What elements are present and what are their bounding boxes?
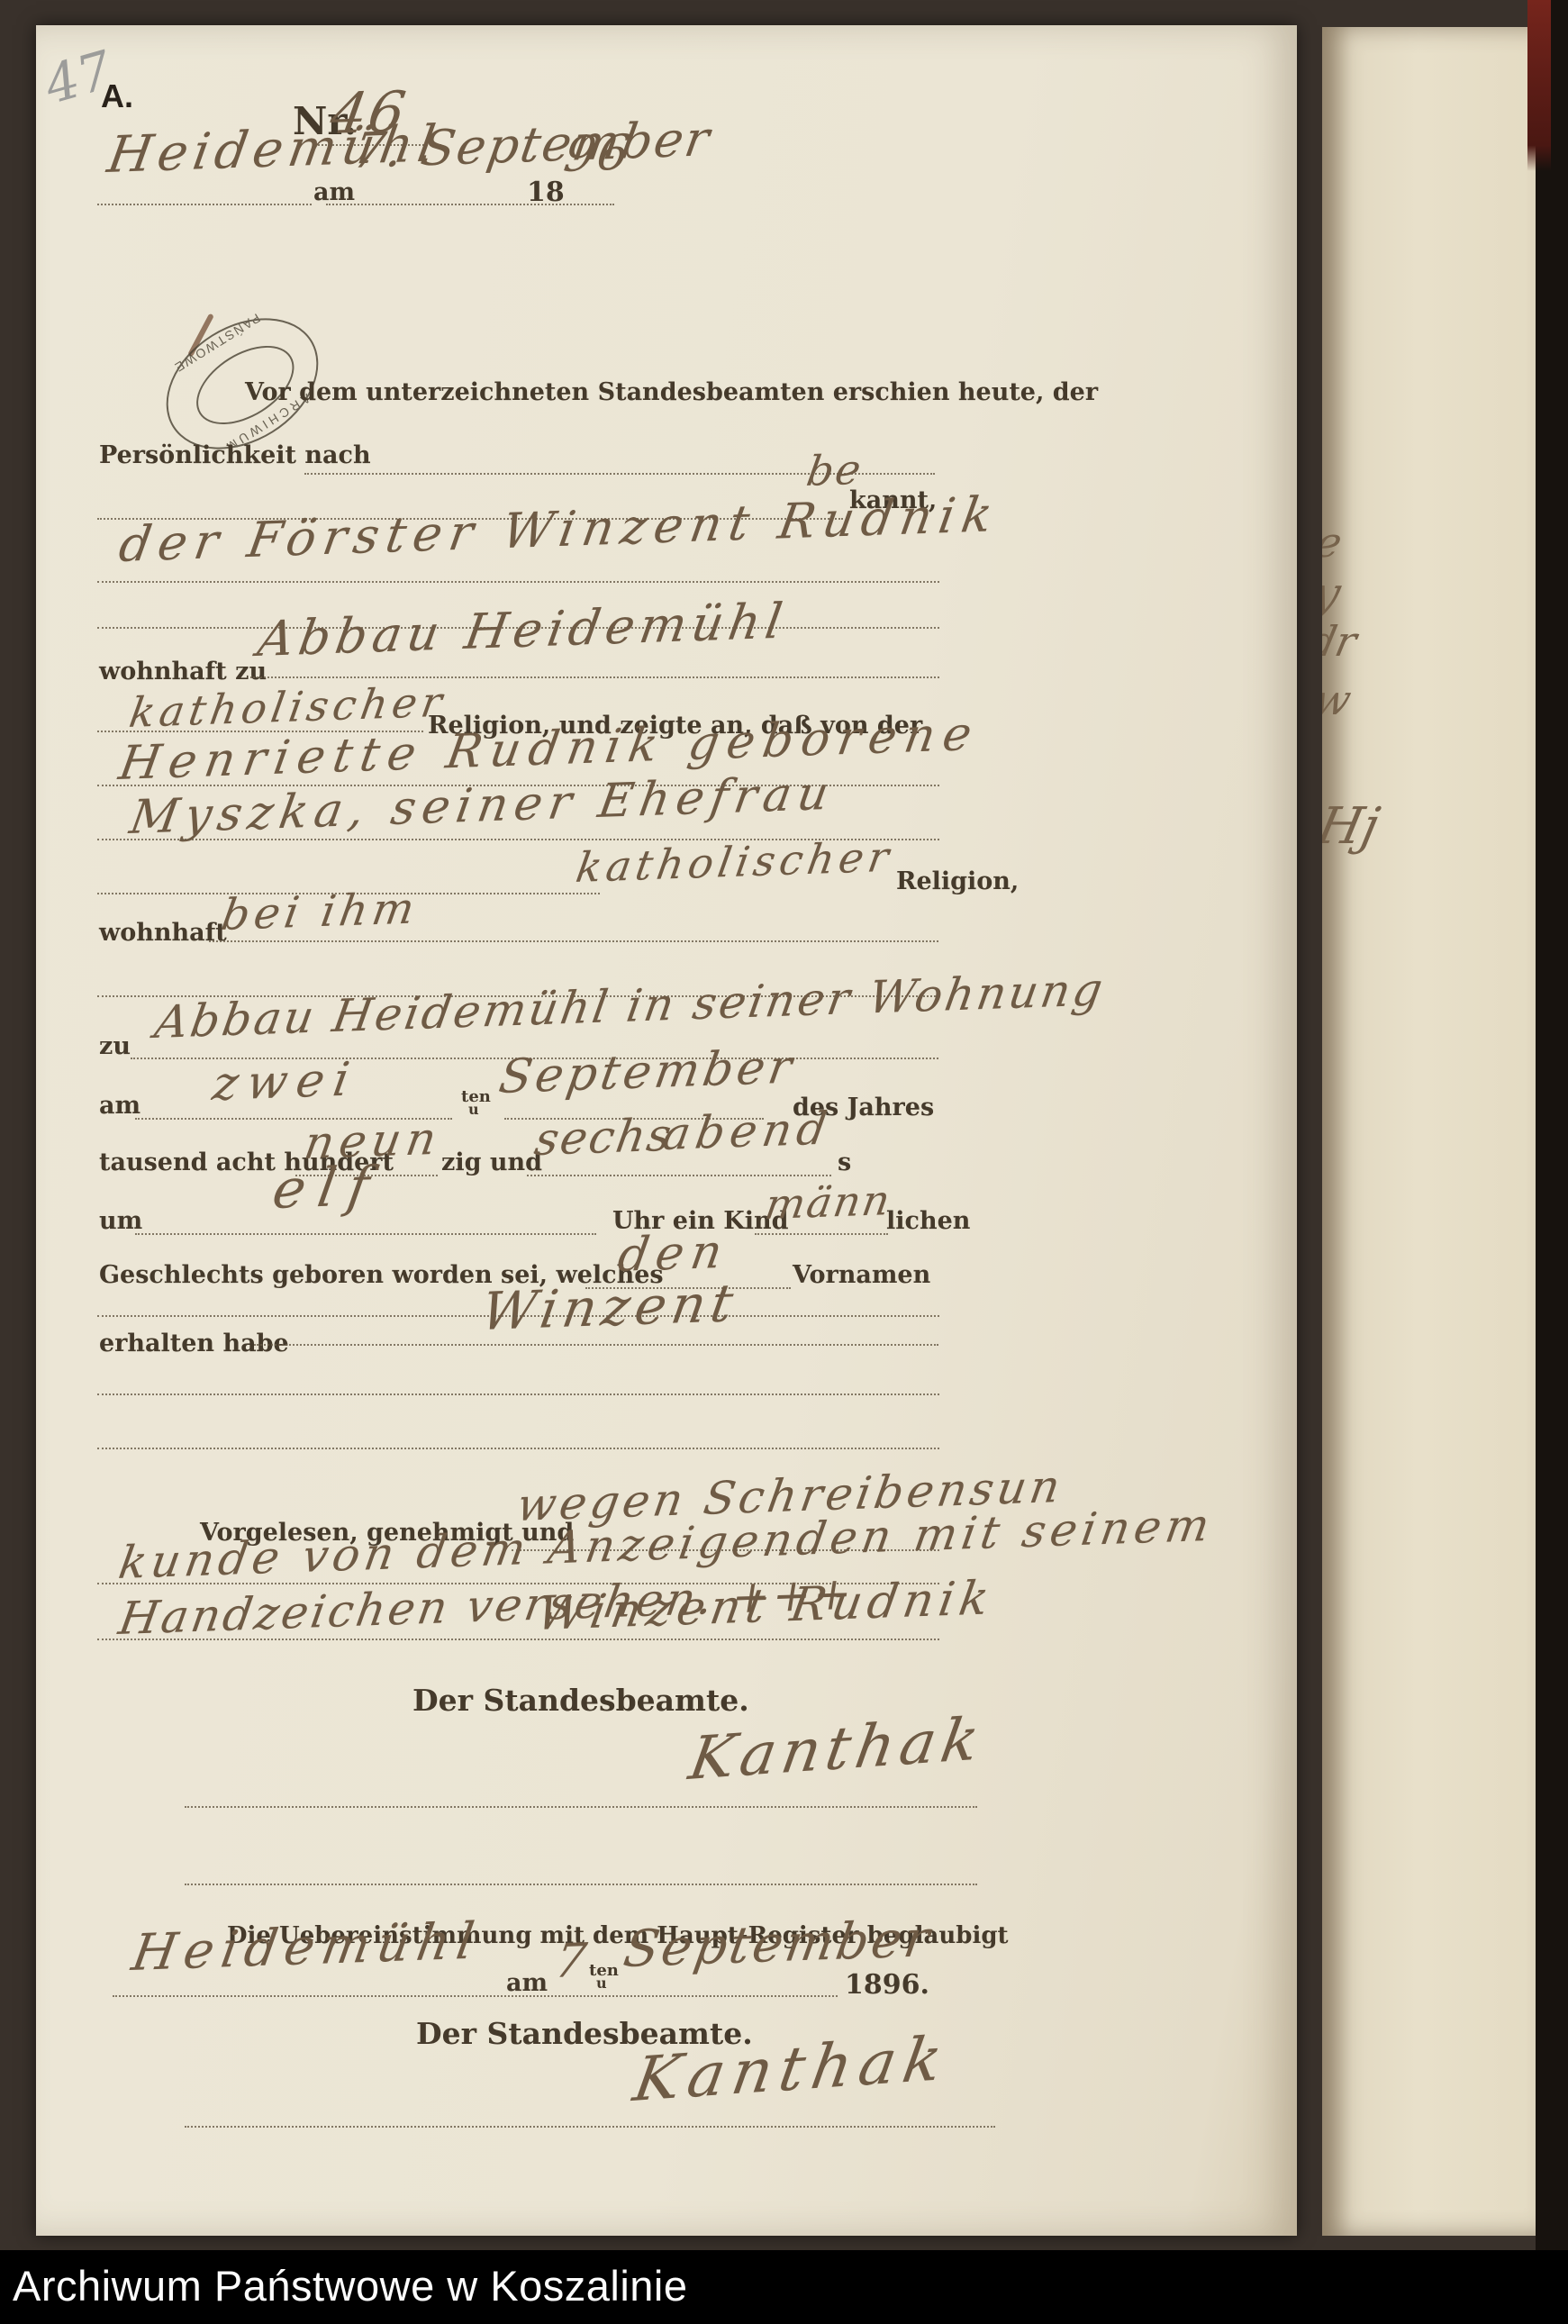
birth-day-value: zwei (209, 1052, 362, 1112)
register-page: 47 A. Nr. 46 Heidemühl am 7. September 1… (36, 25, 1297, 2236)
declarant-name: der Förster Winzent Rudnik (115, 486, 1003, 573)
s-suffix-label: s (838, 1148, 851, 1176)
dotted-line (326, 204, 614, 205)
dotted-line (113, 1995, 838, 1997)
daytime-value: abend (659, 1103, 836, 1160)
year-ones-value: sechs (531, 1109, 676, 1166)
residence-value: Abbau Heidemühl (254, 593, 792, 667)
ten-suffix: ten u (461, 1090, 491, 1116)
child-name-value: Winzent (477, 1272, 743, 1342)
persoenlichkeit-label: Persönlichkeit nach (99, 441, 371, 469)
year-handwritten: 96 (560, 124, 635, 183)
religion2-value: katholischer (573, 832, 897, 892)
standesbeamte-label-1: Der Standesbeamte. (412, 1683, 749, 1718)
birth-month-value: September (495, 1040, 799, 1104)
dotted-line (97, 581, 939, 583)
form-intro-line: Vor dem unterzeichneten Standesbeamten e… (245, 378, 1098, 406)
am-label: am (313, 178, 355, 206)
wohnhaft-label: wohnhaft (99, 919, 227, 947)
margin-fragment: e (1322, 518, 1346, 567)
um-label: um (99, 1207, 142, 1235)
zu-label: zu (99, 1032, 131, 1060)
dotted-line (254, 1344, 938, 1346)
wohnhaft-zu-label: wohnhaft zu (99, 658, 267, 685)
dotted-line (185, 2126, 995, 2128)
dotted-line (185, 1884, 977, 1885)
next-page-edge: e y dr w Hj (1322, 27, 1536, 2236)
archive-footer-label: Archiwum Państwowe w Koszalinie (13, 2261, 688, 2310)
dotted-line (97, 1639, 939, 1640)
dotted-line (209, 940, 938, 942)
wohnhaft-value: bei ihm (218, 883, 422, 940)
margin-fragment: Hj (1322, 797, 1384, 856)
hour-value: elf (268, 1155, 386, 1221)
religion2-printed: Religion, (896, 867, 1019, 895)
lichen-label: lichen (886, 1207, 970, 1235)
certification-am-label: am (506, 1969, 548, 1997)
certification-place: Heidemühl (128, 1912, 485, 1983)
dotted-line (755, 1233, 888, 1235)
dotted-line (185, 1806, 977, 1808)
gender-value: männ (762, 1176, 895, 1229)
dotted-line (527, 1175, 831, 1176)
am2-label: am (99, 1092, 140, 1120)
dotted-line (97, 1393, 939, 1395)
dotted-line (250, 676, 939, 678)
margin-fragment: w (1322, 676, 1355, 724)
record-date: 7. September (349, 110, 715, 179)
archive-footer-bar: Archiwum Państwowe w Koszalinie (0, 2250, 1568, 2324)
margin-fragment: y (1322, 567, 1346, 622)
dotted-line (135, 1233, 596, 1235)
dotted-line (97, 204, 312, 205)
dotted-line (97, 1448, 939, 1449)
birth-place-value: Abbau Heidemühl in seiner Wohnung (151, 963, 1109, 1049)
scanned-register-view: 47 A. Nr. 46 Heidemühl am 7. September 1… (0, 0, 1568, 2324)
section-letter: A. (101, 77, 133, 115)
vornamen-label: Vornamen (793, 1261, 930, 1289)
margin-fragment: dr (1322, 617, 1361, 666)
book-binding (1536, 0, 1568, 2324)
dotted-line (97, 1315, 939, 1317)
book-spine-red-edge (1527, 0, 1551, 171)
certification-year: 1896. (845, 1969, 929, 2001)
zig-und-label: zig und (441, 1148, 542, 1176)
certification-ten-suffix: ten u (589, 1964, 619, 1990)
